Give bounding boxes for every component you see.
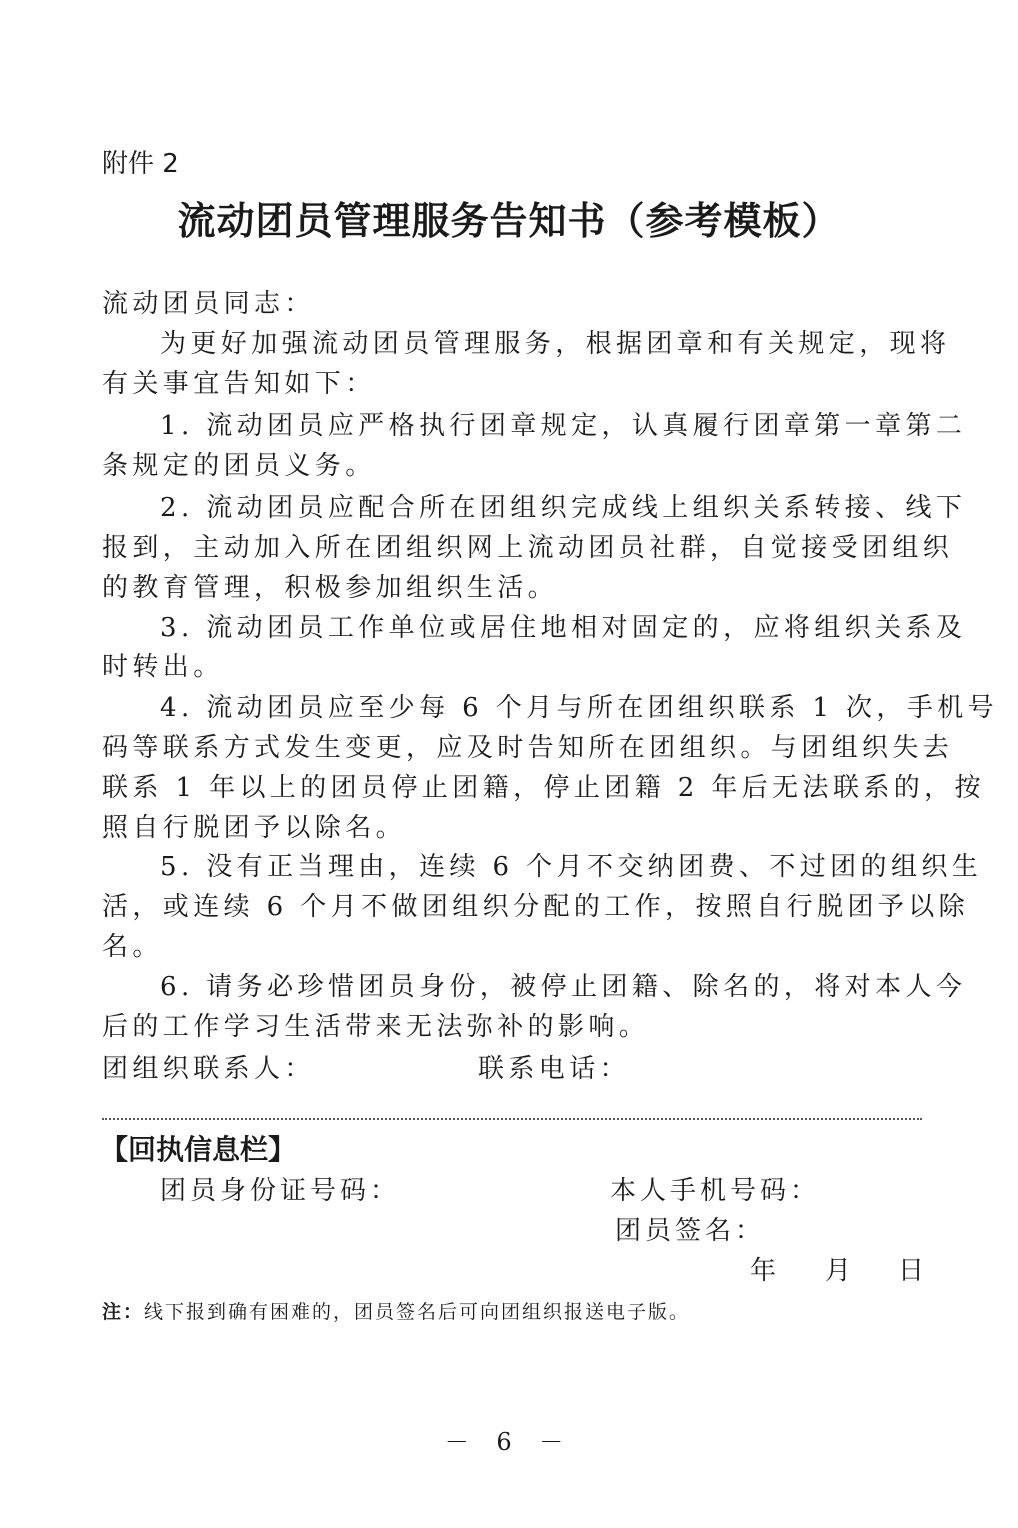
intro-line-2: 有关事宜告知如下： [102, 363, 376, 400]
item-3-line-2: 时转出。 [102, 646, 224, 683]
document-title: 流动团员管理服务告知书（参考模板） [0, 190, 1018, 245]
date-year-label: 年 [750, 1250, 780, 1287]
item-3-line-1: 3. 流动团员工作单位或居住地相对固定的，应将组织关系及 [160, 607, 966, 644]
salutation: 流动团员同志： [102, 283, 315, 320]
footnote: 注：线下报到确有困难的，团员签名后可向团组织报送电子版。 [102, 1297, 690, 1324]
item-4-line-3: 联系 1 年以上的团员停止团籍，停止团籍 2 年后无法联系的，按 [102, 767, 985, 804]
note-text: 线下报到确有困难的，团员签名后可向团组织报送电子版。 [144, 1301, 690, 1323]
note-prefix: 注： [102, 1301, 144, 1323]
item-2-line-3: 的教育管理，积极参加组织生活。 [102, 567, 558, 604]
item-5-line-1: 5. 没有正当理由，连续 6 个月不交纳团费、不过团的组织生 [160, 846, 982, 883]
item-5-line-2: 活，或连续 6 个月不做团组织分配的工作，按照自行脱团予以除 [102, 886, 969, 923]
item-2-line-1: 2. 流动团员应配合所在团组织完成线上组织关系转接、线下 [160, 487, 966, 524]
date-month-label: 月 [825, 1250, 855, 1287]
item-1-line-1: 1. 流动团员应严格执行团章规定，认真履行团章第一章第二 [160, 405, 966, 442]
mobile-number-field-label: 本人手机号码： [610, 1170, 820, 1207]
item-5-line-3: 名。 [102, 926, 163, 963]
item-4-line-4: 照自行脱团予以除名。 [102, 807, 406, 844]
item-1-line-2: 条规定的团员义务。 [102, 445, 376, 482]
item-6-line-2: 后的工作学习生活带来无法弥补的影响。 [102, 1006, 649, 1043]
item-6-line-1: 6. 请务必珍惜团员身份，被停止团籍、除名的，将对本人今 [160, 966, 966, 1003]
id-number-field-label: 团员身份证号码： [160, 1170, 400, 1207]
contact-person-label: 团组织联系人： [102, 1048, 315, 1085]
signature-field-label: 团员签名： [615, 1210, 765, 1247]
item-4-line-2: 码等联系方式发生变更，应及时告知所在团组织。与团组织失去 [102, 727, 953, 764]
item-2-line-2: 报到，主动加入所在团组织网上流动团员社群，自觉接受团组织 [102, 527, 953, 564]
intro-line-1: 为更好加强流动团员管理服务，根据团章和有关规定，现将 [160, 323, 950, 360]
date-day-label: 日 [898, 1250, 928, 1287]
page-number: － 6 － [0, 1422, 1018, 1457]
dotted-cut-line [102, 1118, 922, 1120]
receipt-title: 【回执信息栏】 [100, 1128, 296, 1168]
item-4-line-1: 4. 流动团员应至少每 6 个月与所在团组织联系 1 次，手机号 [160, 687, 998, 724]
contact-phone-label: 联系电话： [478, 1048, 630, 1085]
attachment-label: 附件 2 [102, 143, 179, 180]
